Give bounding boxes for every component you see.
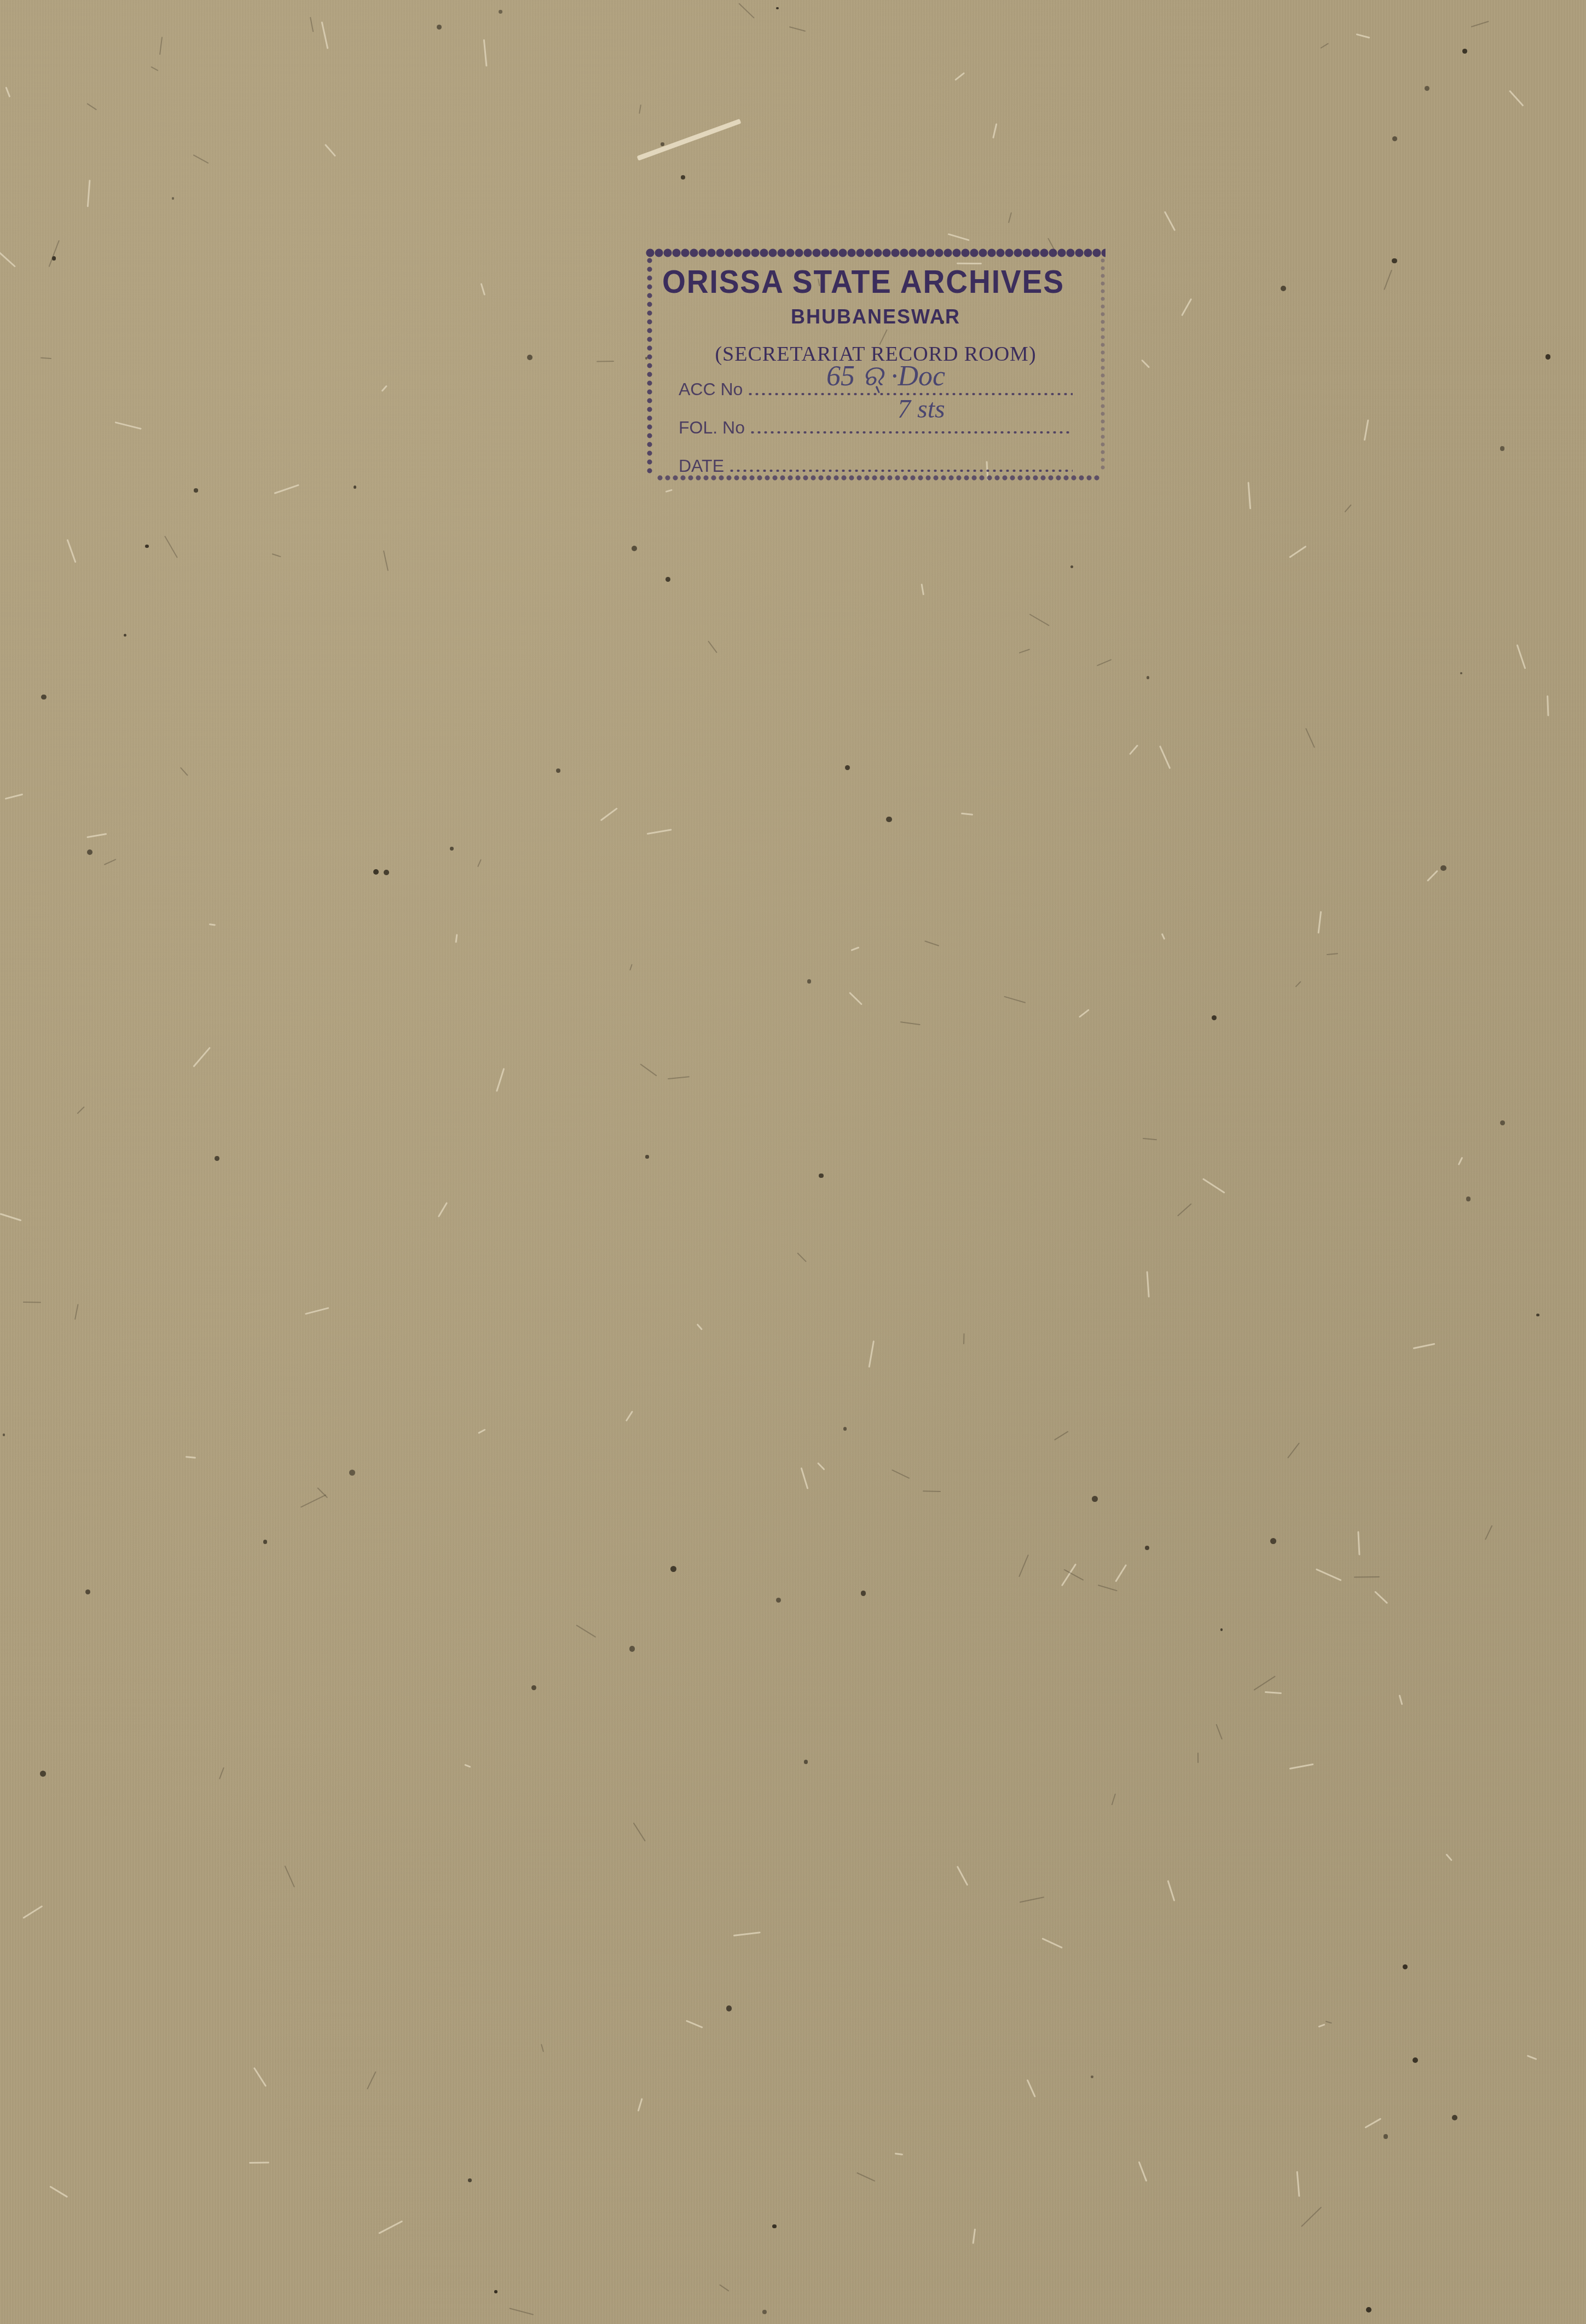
fol-no-label: FOL. No bbox=[679, 418, 745, 438]
date-field: DATE bbox=[679, 449, 1073, 476]
fol-no-field: FOL. No bbox=[679, 411, 1073, 438]
stamp-border-left bbox=[646, 257, 653, 476]
stamp-border-right bbox=[1100, 257, 1105, 471]
stamp-city: BHUBANESWAR bbox=[646, 305, 1105, 328]
fol-no-value: 7 sts bbox=[898, 394, 945, 424]
archive-stamp: ORISSA STATE ARCHIVES BHUBANESWAR (SECRE… bbox=[646, 241, 1105, 487]
acc-no-label: ACC No bbox=[679, 379, 743, 400]
dotted-line bbox=[749, 431, 1073, 433]
stamp-border-top bbox=[646, 246, 1105, 258]
date-label: DATE bbox=[679, 456, 724, 476]
dotted-line bbox=[728, 470, 1073, 472]
stamp-title: ORISSA STATE ARCHIVES bbox=[662, 263, 1060, 300]
acc-no-value: 65 ର୍ ·Doc bbox=[826, 360, 945, 393]
